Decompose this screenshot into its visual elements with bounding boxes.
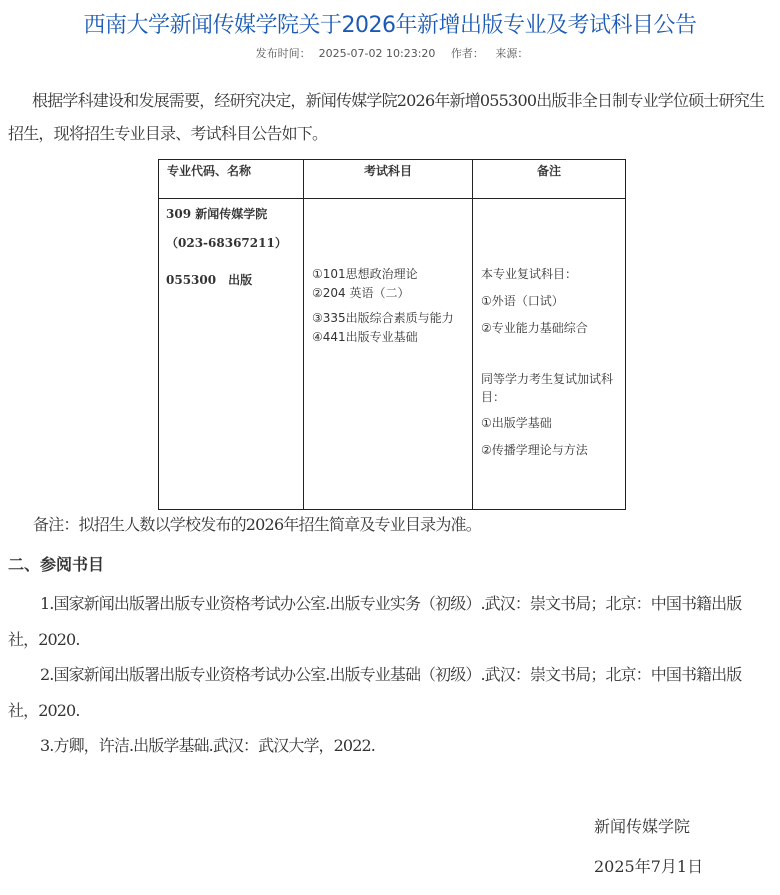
table-header-row: 专业代码、名称 考试科目 备注 [159,160,626,199]
major-code: 055300 出版 [159,271,303,288]
reference-item: 2.国家新闻出版署出版专业资格考试办公室.出版专业基础（初级）.武汉：崇文书局；… [8,657,768,729]
article-title: 西南大学新闻传媒学院关于2026年新增出版专业及考试科目公告 [0,8,780,39]
source-label: 来源： [495,47,528,60]
publish-time-label: 发布时间：2025-07-02 10:23:20 [252,47,440,60]
header-cell: 备注 [473,160,626,199]
exam-item: ①101思想政治理论 [304,265,472,284]
reference-item: 3.方卿，许洁.出版学基础.武汉：武汉大学，2022. [8,728,768,764]
exam-item: ②204 英语（二） [304,284,472,303]
retest-item: ①外语（口试） [473,292,625,309]
header-cell: 考试科目 [304,160,473,199]
note-text: 备注：拟招生人数以学校发布的2026年招生简章及专业目录为准。 [33,512,481,535]
retest-title: 本专业复试科目： [473,265,625,282]
exam-item: ④441出版专业基础 [304,328,472,347]
remarks-cell: 本专业复试科目： ①外语（口试） ②专业能力基础综合 同等学力考生复试加试科目：… [473,199,626,510]
dept-name: 309 新闻传媒学院 [159,205,303,222]
major-table: 专业代码、名称 考试科目 备注 309 新闻传媒学院 （023-68367211… [158,159,626,510]
section-heading: 二、参阅书目 [8,552,104,575]
equiv-title: 同等学力考生复试加试科目： [473,370,625,406]
article-meta: 发布时间：2025-07-02 10:23:20 作者： 来源： [0,45,780,61]
dept-phone: （023-68367211） [159,234,303,251]
publish-time: 2025-07-02 10:23:20 [319,47,436,60]
header-exam: 考试科目 [304,160,472,181]
table-row: 309 新闻传媒学院 （023-68367211） 055300 出版 ①101… [159,199,626,510]
equiv-item: ①出版学基础 [473,414,625,431]
publish-label: 发布时间： [256,47,311,60]
exam-cell: ①101思想政治理论 ②204 英语（二） ③335出版综合素质与能力 ④441… [304,199,473,510]
equiv-item: ②传播学理论与方法 [473,441,625,458]
signature-org: 新闻传媒学院 [594,814,690,837]
exam-item: ③335出版综合素质与能力 [304,309,472,328]
header-major: 专业代码、名称 [159,160,303,181]
header-cell: 专业代码、名称 [159,160,304,199]
signature-date: 2025年7月1日 [594,854,703,877]
intro-paragraph: 根据学科建设和发展需要，经研究决定，新闻传媒学院2026年新增055300出版非… [8,84,768,150]
retest-item: ②专业能力基础综合 [473,319,625,336]
author-label: 作者： [451,47,484,60]
major-cell: 309 新闻传媒学院 （023-68367211） 055300 出版 [159,199,304,510]
header-remarks: 备注 [473,160,625,181]
reference-item: 1.国家新闻出版署出版专业资格考试办公室.出版专业实务（初级）.武汉：崇文书局；… [8,586,768,658]
